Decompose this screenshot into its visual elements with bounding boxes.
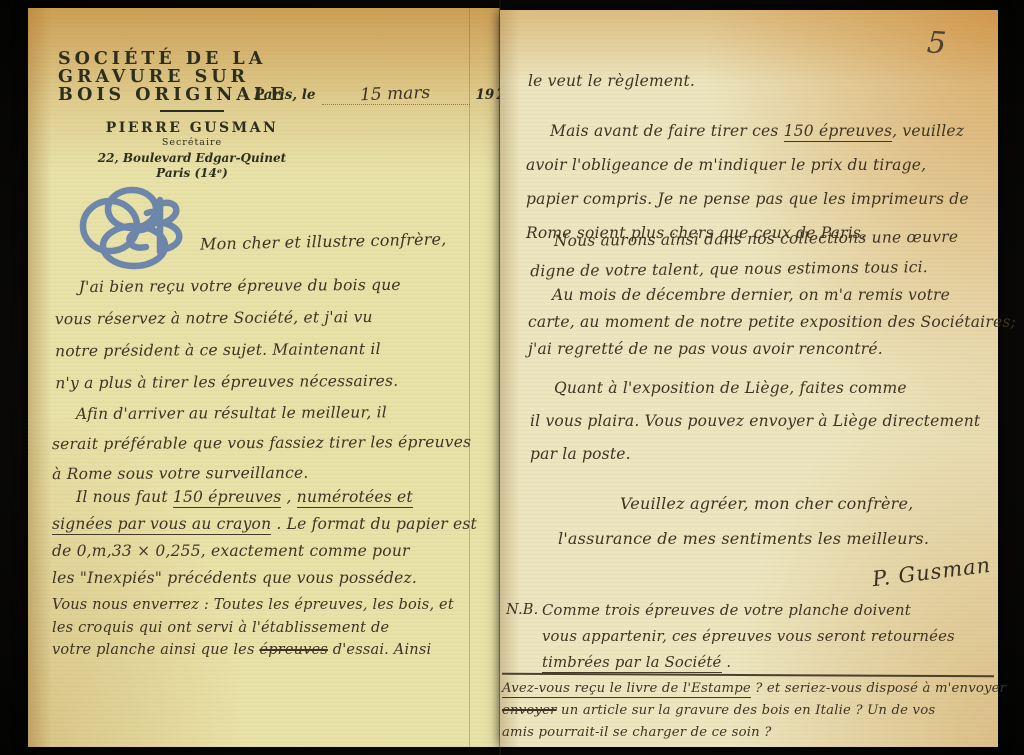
handwriting-segment: Mais avant de faire tirer ces (550, 122, 784, 140)
handwriting-line: Mais avant de faire tirer ces 150 épreuv… (526, 114, 969, 148)
handwriting-segment: épreuves (259, 642, 328, 658)
handwriting-segment: carte, au moment de notre petite exposit… (528, 313, 1016, 331)
paragraph: Au mois de décembre dernier, on m'a remi… (528, 282, 1016, 363)
paragraph: le veut le règlement. (528, 72, 695, 90)
handwriting-line: Il nous faut 150 épreuves , numérotées e… (52, 484, 477, 511)
letterhead-address-line1: 22, Boulevard Edgar-Quinet (58, 151, 326, 165)
handwriting-segment: Au mois de décembre dernier, on m'a remi… (552, 286, 950, 304)
paragraph: Quant à l'exposition de Liège, faites co… (530, 372, 980, 471)
handwriting-line: papier compris. Je ne pense pas que les … (526, 182, 969, 216)
postscript: Comme trois épreuves de votre planche do… (542, 598, 955, 676)
handwriting-segment: Comme trois épreuves de votre planche do… (542, 602, 911, 619)
letterhead-rule (160, 110, 224, 112)
handwriting-segment: n'y a plus à tirer les épreuves nécessai… (55, 372, 398, 392)
handwriting-line: de 0,m,33 × 0,255, exactement comme pour (52, 538, 477, 565)
handwriting-segment: digne de votre talent, que nous estimons… (530, 258, 928, 280)
handwriting-segment: par la poste. (530, 445, 631, 463)
handwriting-segment: d'essai. Ainsi (328, 642, 431, 658)
handwriting-segment: l'assurance de mes sentiments les meille… (558, 529, 929, 548)
gsb-monogram-logo (74, 182, 204, 282)
handwriting-line: Veuillez agréer, mon cher confrère, (620, 486, 929, 521)
postscript-label: N.B. (506, 602, 538, 618)
handwriting-segment: Avez-vous reçu le livre de l'Estampe (502, 681, 751, 698)
closing-formula: Veuillez agréer, mon cher confrère,l'ass… (558, 486, 929, 556)
handwriting-line: amis pourrait-il se charger de ce soin ? (502, 722, 994, 744)
handwriting-line: avoir l'obligeance de m'indiquer le prix… (526, 148, 969, 182)
handwriting-line: Vous nous enverrez : Toutes les épreuves… (52, 594, 454, 617)
handwriting-line: J'ai bien reçu votre épreuve du bois que (55, 269, 401, 303)
dateline-printed-prefix: Paris, le (254, 87, 316, 103)
handwriting-line: vous appartenir, ces épreuves vous seron… (542, 624, 955, 650)
handwriting-line: Avez-vous reçu le livre de l'Estampe ? e… (502, 678, 994, 700)
handwriting-segment: . (722, 654, 732, 671)
secretary-name: PIERRE GUSMAN (58, 120, 326, 136)
handwriting-line: n'y a plus à tirer les épreuves nécessai… (55, 365, 401, 399)
handwriting-segment: vous appartenir, ces épreuves vous seron… (542, 628, 955, 645)
handwriting-segment: les croquis qui ont servi à l'établissem… (52, 620, 389, 636)
signature: P. Gusman (871, 553, 992, 591)
handwriting-segment: . Le format du papier est (271, 515, 477, 533)
handwriting-segment: un article sur la gravure des bois en It… (557, 703, 936, 718)
handwriting-segment: Il nous faut (76, 488, 173, 506)
handwriting-segment: amis pourrait-il se charger de ce soin ? (502, 725, 772, 740)
handwriting-line: Quant à l'exposition de Liège, faites co… (530, 372, 980, 405)
handwriting-line: notre président à ce sujet. Maintenant i… (55, 333, 401, 367)
paragraph: J'ai bien reçu votre épreuve du bois que… (55, 269, 402, 399)
handwriting-segment: timbrées par la Société (542, 654, 722, 673)
handwriting-line: j'ai regretté de ne pas vous avoir renco… (528, 336, 1016, 363)
handwriting-segment: notre président à ce sujet. Maintenant i… (55, 340, 381, 360)
letterhead-address-line2: Paris (14ᵉ) (58, 166, 326, 180)
handwriting-segment: votre planche ainsi que les (52, 642, 259, 658)
handwriting-segment: envoyer (502, 703, 557, 718)
letter-scan: SOCIÉTÉ DE LA GRAVURE SUR BOIS ORIGINALE… (0, 0, 1024, 755)
fold-crease (469, 8, 470, 747)
handwriting-segment: vous réservez à notre Société, et j'ai v… (55, 308, 373, 328)
handwriting-segment: de 0,m,33 × 0,255, exactement comme pour (52, 542, 410, 560)
handwriting-segment: Veuillez agréer, mon cher confrère, (620, 494, 913, 513)
dateline-printed-year: 19 (476, 87, 495, 103)
letter-page-left: SOCIÉTÉ DE LA GRAVURE SUR BOIS ORIGINALE… (28, 8, 500, 747)
handwriting-line: il vous plaira. Vous pouvez envoyer à Li… (530, 405, 980, 438)
letterhead: SOCIÉTÉ DE LA GRAVURE SUR BOIS ORIGINALE… (58, 50, 326, 180)
handwriting-segment: numérotées et (297, 488, 413, 508)
handwriting-segment: il vous plaira. Vous pouvez envoyer à Li… (530, 412, 980, 430)
handwriting-line: serait préférable que vous fassiez tirer… (52, 427, 471, 459)
page-number-annotation: 5 (926, 25, 947, 61)
handwriting-line: carte, au moment de notre petite exposit… (528, 309, 1016, 336)
handwriting-line: Au mois de décembre dernier, on m'a remi… (528, 282, 1016, 309)
secretary-role: Secrétaire (58, 137, 326, 148)
handwriting-line: par la poste. (530, 438, 980, 471)
handwriting-segment: serait préférable que vous fassiez tirer… (52, 433, 471, 453)
handwriting-segment: Quant à l'exposition de Liège, faites co… (554, 379, 907, 397)
handwriting-line: envoyer un article sur la gravure des bo… (502, 700, 994, 722)
handwriting-segment: Nous aurons ainsi dans nos collections u… (554, 228, 958, 250)
handwriting-line: Comme trois épreuves de votre planche do… (542, 598, 955, 624)
handwriting-segment: J'ai bien reçu votre épreuve du bois que (79, 276, 401, 296)
paragraph: Nous aurons ainsi dans nos collections u… (530, 222, 959, 286)
handwriting-line: signées par vous au crayon . Le format d… (52, 511, 477, 538)
handwriting-line: Afin d'arriver au résultat le meilleur, … (52, 397, 471, 429)
handwriting-line: votre planche ainsi que les épreuves d'e… (52, 639, 454, 662)
handwriting-segment: Vous nous enverrez : Toutes les épreuves… (52, 597, 454, 613)
handwriting-line: le veut le règlement. (528, 72, 695, 90)
handwritten-date: 15 mars (360, 83, 431, 105)
handwriting-line: l'assurance de mes sentiments les meille… (558, 521, 929, 556)
dateline-blank: 15 mars (322, 84, 470, 105)
paragraph: Il nous faut 150 épreuves , numérotées e… (52, 484, 477, 592)
paragraph: Vous nous enverrez : Toutes les épreuves… (52, 594, 454, 662)
handwriting-segment: , (281, 488, 296, 506)
handwriting-segment: avoir l'obligeance de m'indiquer le prix… (526, 156, 926, 174)
handwriting-segment: j'ai regretté de ne pas vous avoir renco… (528, 340, 883, 358)
handwriting-line: les "Inexpiés" précédents que vous possé… (52, 565, 477, 592)
dateline: Paris, le 15 mars 19 23 (254, 84, 515, 105)
handwriting-segment: signées par vous au crayon (52, 515, 271, 535)
handwriting-segment: Afin d'arriver au résultat le meilleur, … (76, 403, 387, 423)
handwriting-line: les croquis qui ont servi à l'établissem… (52, 617, 454, 640)
handwriting-segment: , veuillez (892, 122, 964, 140)
letter-page-right: 5 le veut le règlement. Mais avant de fa… (500, 10, 998, 747)
salutation: Mon cher et illustre confrère, (200, 229, 447, 253)
addendum-note: Avez-vous reçu le livre de l'Estampe ? e… (502, 678, 994, 744)
handwriting-segment: à Rome sous votre surveillance. (52, 464, 308, 483)
handwriting-segment: les "Inexpiés" précédents que vous possé… (52, 569, 417, 587)
handwriting-line: vous réservez à notre Société, et j'ai v… (55, 301, 401, 335)
handwriting-segment: 150 épreuves (173, 488, 281, 508)
handwriting-segment: 150 épreuves (784, 122, 892, 142)
society-name-line1: SOCIÉTÉ DE LA (58, 50, 326, 68)
handwriting-line: Nous aurons ainsi dans nos collections u… (530, 222, 959, 256)
handwriting-line: timbrées par la Société . (542, 650, 955, 676)
handwriting-segment: ? et seriez-vous disposé à m'envoyer (751, 681, 1006, 696)
handwriting-segment: le veut le règlement. (528, 72, 695, 90)
paragraph: Afin d'arriver au résultat le meilleur, … (52, 397, 472, 489)
handwriting-segment: papier compris. Je ne pense pas que les … (526, 190, 969, 208)
